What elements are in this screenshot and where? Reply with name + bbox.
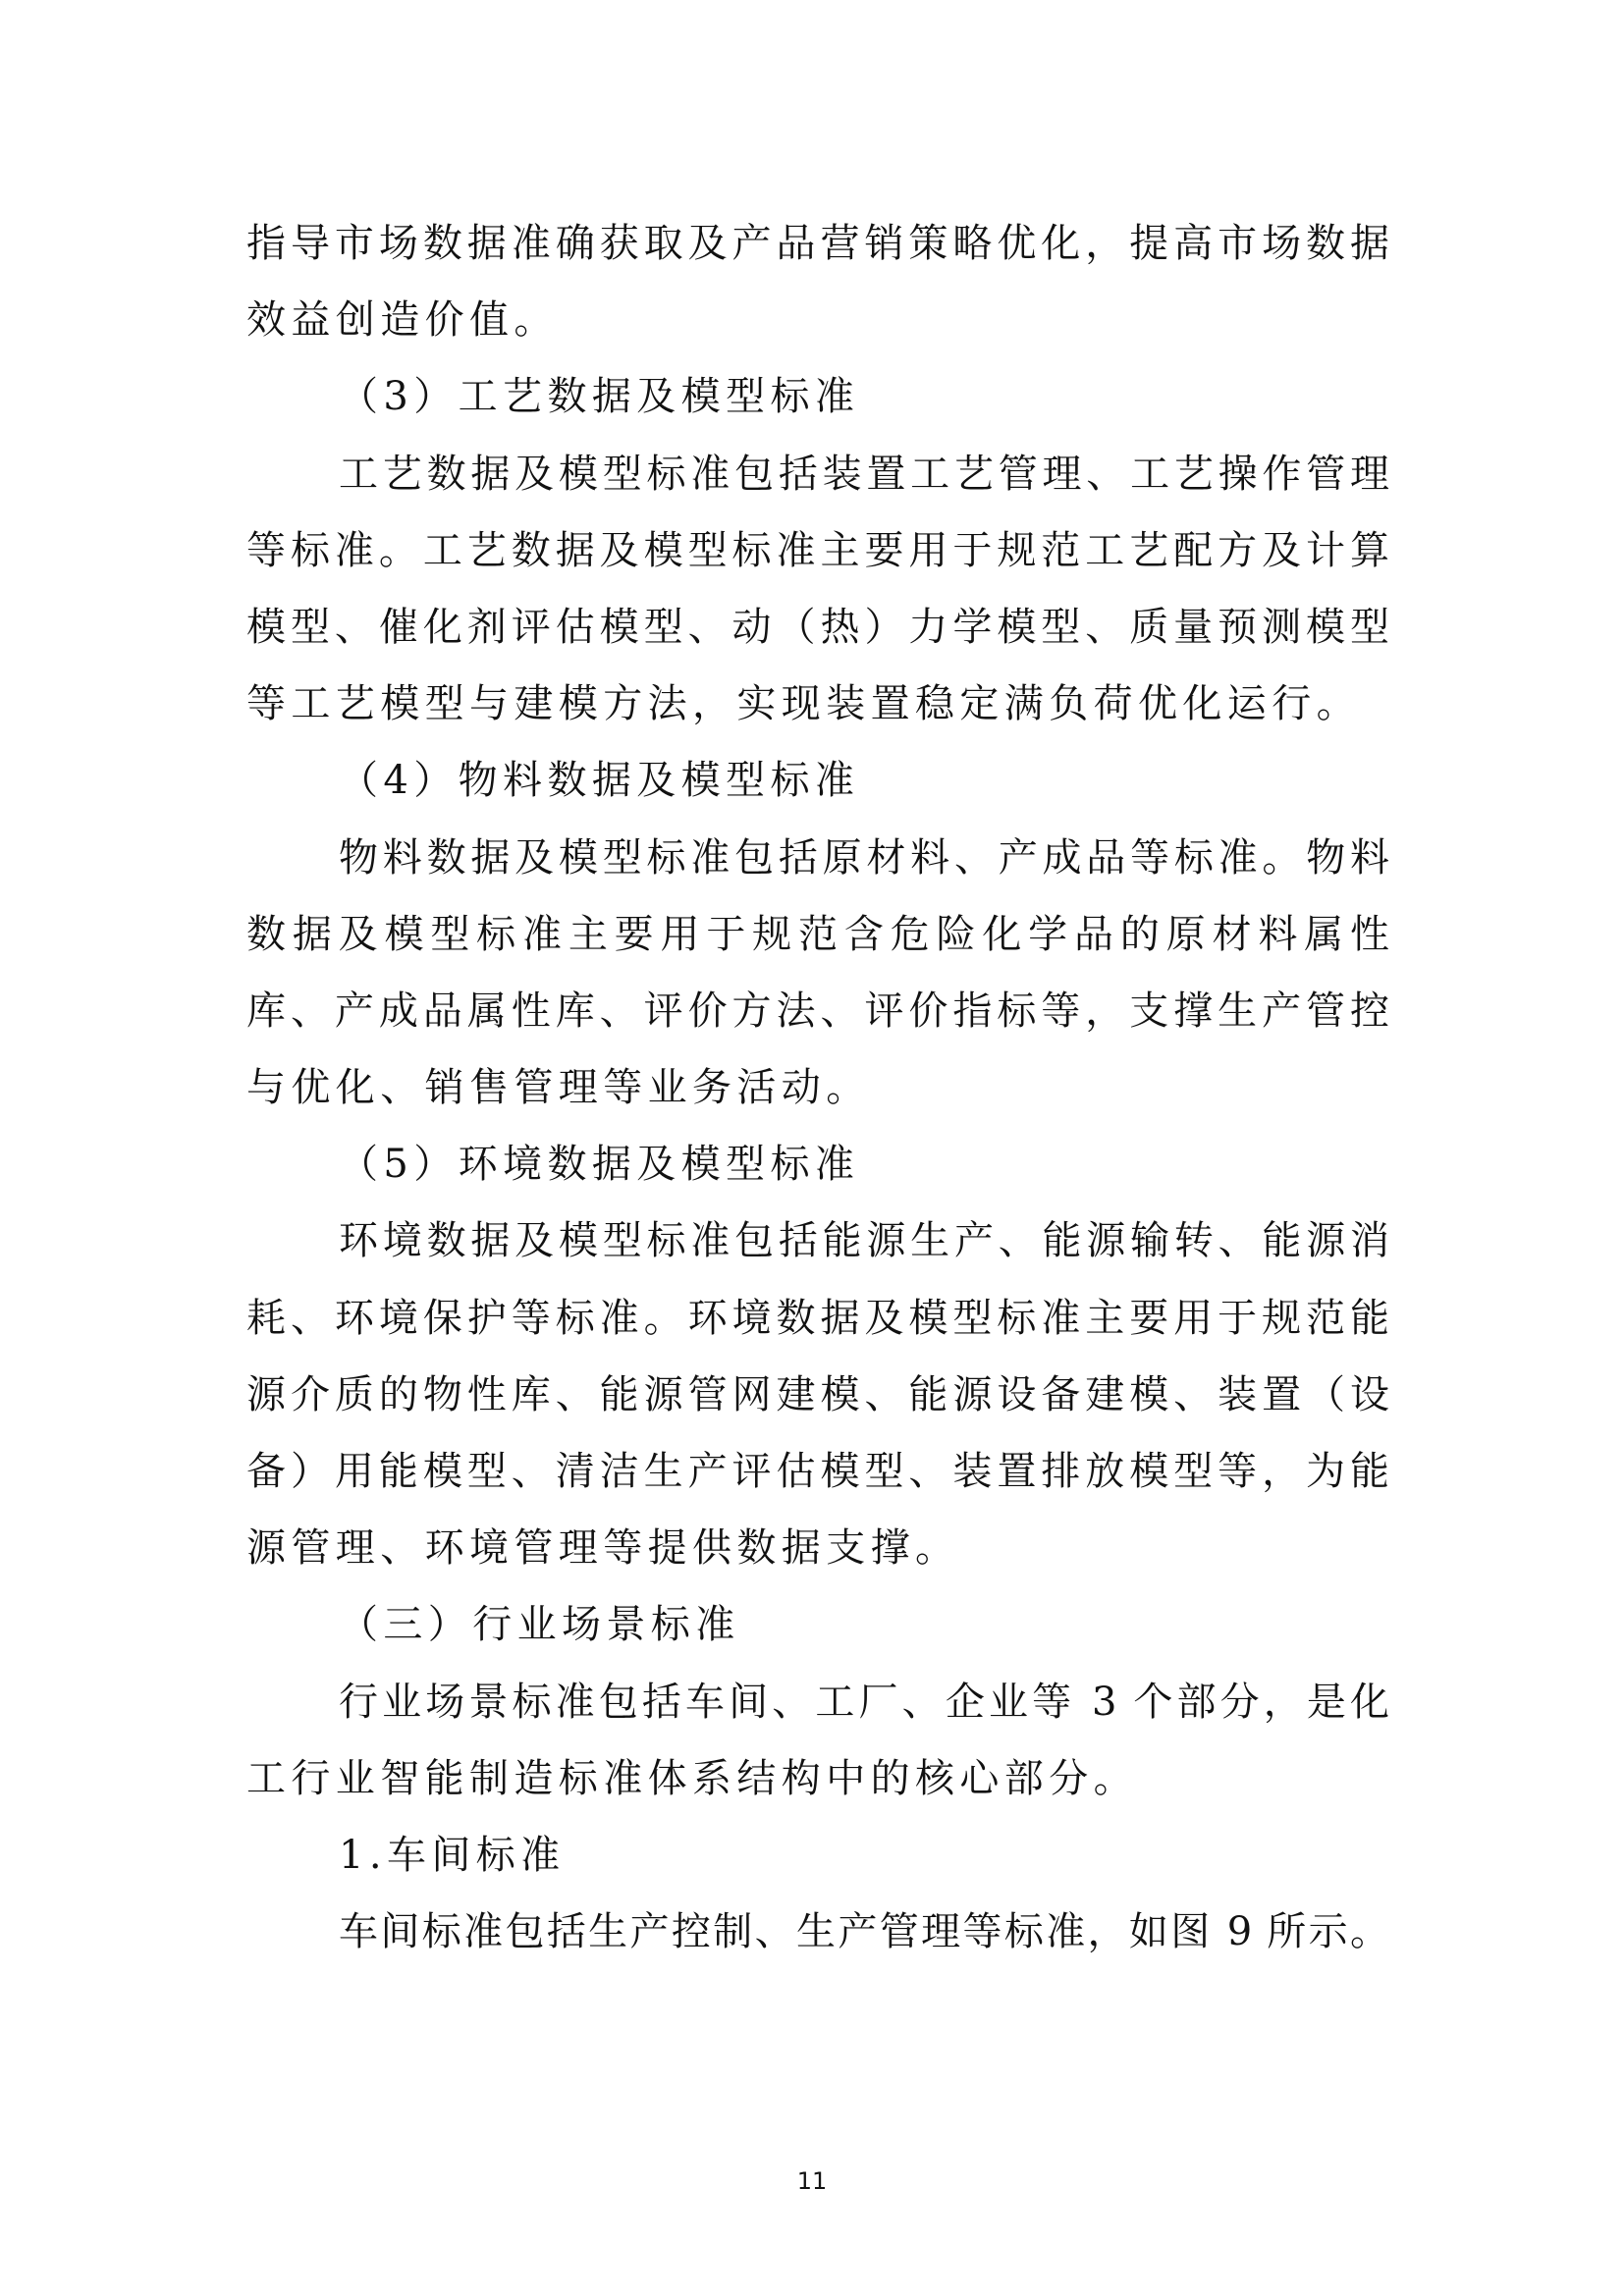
paragraph-line: 工艺数据及模型标准包括装置工艺管理、工艺操作管理 xyxy=(246,445,1389,521)
section-heading-material-data: （4）物料数据及模型标准 xyxy=(246,751,1389,828)
paragraph-line: 数据及模型标准主要用于规范含危险化学品的原材料属性 xyxy=(246,905,1389,982)
section-heading-environment-data: （5）环境数据及模型标准 xyxy=(246,1135,1389,1211)
paragraph-line: 效益创造价值。 xyxy=(246,291,1389,367)
paragraph-line: 车间标准包括生产控制、生产管理等标准，如图 9 所示。 xyxy=(246,1902,1389,1979)
paragraph-line: 物料数据及模型标准包括原材料、产成品等标准。物料 xyxy=(246,828,1389,905)
paragraph-line: 模型、催化剂评估模型、动（热）力学模型、质量预测模型 xyxy=(246,598,1389,674)
paragraph-line: 耗、环境保护等标准。环境数据及模型标准主要用于规范能 xyxy=(246,1289,1389,1365)
paragraph-line: 源管理、环境管理等提供数据支撑。 xyxy=(246,1519,1389,1595)
paragraph-line: 等标准。工艺数据及模型标准主要用于规范工艺配方及计算 xyxy=(246,521,1389,598)
paragraph-line: 备）用能模型、清洁生产评估模型、装置排放模型等，为能 xyxy=(246,1442,1389,1519)
document-body: 指导市场数据准确获取及产品营销策略优化，提高市场数据 效益创造价值。 （3）工艺… xyxy=(246,214,1389,1979)
page-number: 11 xyxy=(0,2167,1624,2195)
paragraph-line: 工行业智能制造标准体系结构中的核心部分。 xyxy=(246,1749,1389,1826)
paragraph-line: 环境数据及模型标准包括能源生产、能源输转、能源消 xyxy=(246,1211,1389,1288)
paragraph-line: 行业场景标准包括车间、工厂、企业等 3 个部分，是化 xyxy=(246,1673,1389,1749)
paragraph-line: 库、产成品属性库、评价方法、评价指标等，支撑生产管控 xyxy=(246,982,1389,1058)
section-heading-workshop-standard: 1.车间标准 xyxy=(246,1826,1389,1902)
paragraph-line: 源介质的物性库、能源管网建模、能源设备建模、装置（设 xyxy=(246,1365,1389,1442)
section-heading-process-data: （3）工艺数据及模型标准 xyxy=(246,367,1389,444)
paragraph-line: 指导市场数据准确获取及产品营销策略优化，提高市场数据 xyxy=(246,214,1389,291)
paragraph-line: 与优化、销售管理等业务活动。 xyxy=(246,1058,1389,1135)
paragraph-line: 等工艺模型与建模方法，实现装置稳定满负荷优化运行。 xyxy=(246,674,1389,751)
section-heading-industry-scenario: （三）行业场景标准 xyxy=(246,1595,1389,1672)
